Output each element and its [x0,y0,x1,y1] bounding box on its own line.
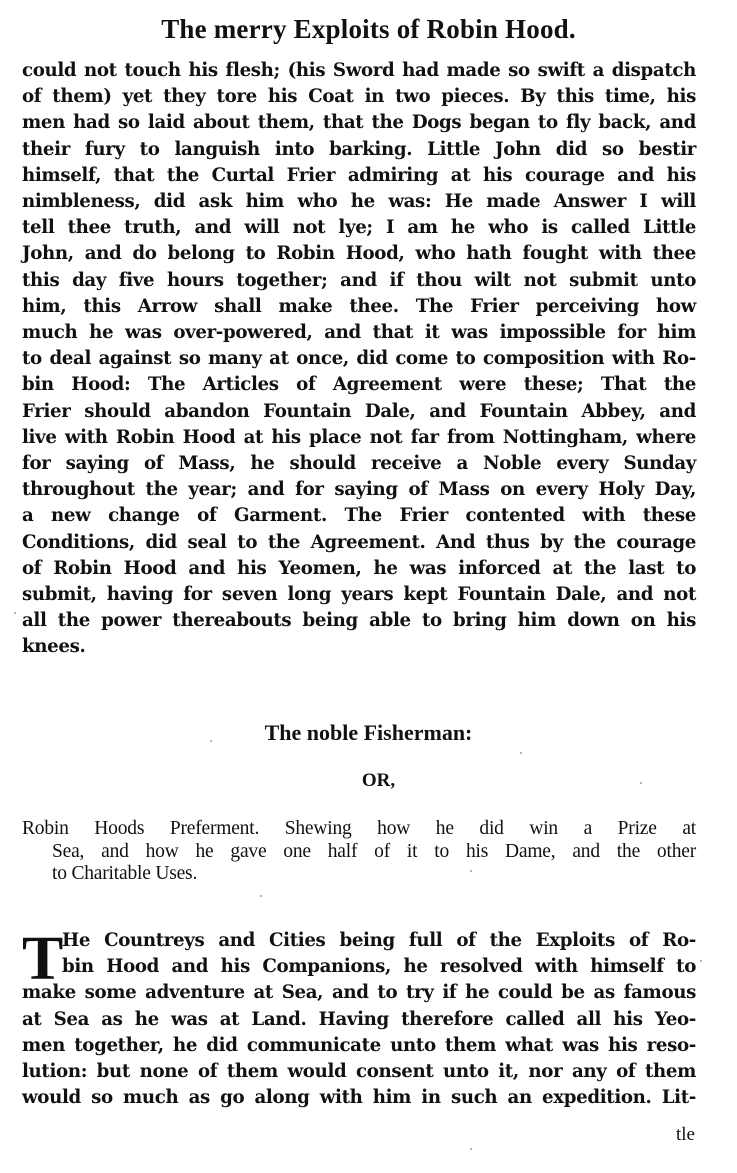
book-page: The merry Exploits of Robin Hood. could … [0,0,737,1173]
text-line: of them) yet they tore his Coat in two p… [22,84,696,110]
text-line: to deal against so many at once, did com… [22,346,696,372]
text-line: for saying of Mass, he should receive a … [22,451,696,477]
text-line: much he was over-powered, and that it wa… [22,320,696,346]
text-line: their fury to languish into barking. Lit… [22,137,696,163]
text-line: make some adventure at Sea, and to try i… [22,980,696,1006]
paragraph-continuation: could not touch his flesh; (his Sword ha… [22,58,696,661]
print-speck [520,752,522,754]
running-head: The merry Exploits of Robin Hood. [0,14,737,45]
text-line: this day five hours together; and if tho… [22,268,696,294]
text-line: at Sea as he was at Land. Having therefo… [22,1007,696,1033]
text-line: Conditions, did seal to the Agreement. A… [22,530,696,556]
print-speck [470,870,472,872]
text-line: throughout the year; and for saying of M… [22,477,696,503]
subtitle-line: Robin Hoods Preferment. Shewing how he d… [22,818,696,841]
text-line: nimbleness, did ask him who he was: He m… [22,189,696,215]
subtitle-line: to Charitable Uses. [22,863,696,886]
text-line: submit, having for seven long years kept… [22,582,696,608]
section-title: The noble Fisherman: [0,720,737,746]
text-line: John, and do belong to Robin Hood, who h… [22,241,696,267]
text-line: tell thee truth, and will not lye; I am … [22,215,696,241]
text-line: a new change of Garment. The Frier conte… [22,503,696,529]
text-line: He Countreys and Cities being full of th… [22,928,696,954]
text-line: Frier should abandon Fountain Dale, and … [22,399,696,425]
print-speck [210,740,212,742]
text-line: live with Robin Hood at his place not fa… [22,425,696,451]
print-speck [14,612,16,614]
text-line: knees. [22,634,696,660]
section-subtitle: Robin Hoods Preferment. Shewing how he d… [22,818,696,886]
print-speck [260,895,262,897]
text-line: could not touch his flesh; (his Sword ha… [22,58,696,84]
text-line: men had so laid about them, that the Dog… [22,110,696,136]
text-line: would so much as go along with him in su… [22,1085,696,1111]
text-line: of Robin Hood and his Yeomen, he was inf… [22,556,696,582]
text-line: bin Hood: The Articles of Agreement were… [22,372,696,398]
subtitle-line: Sea, and how he gave one half of it to h… [22,841,696,864]
print-speck [640,782,642,784]
text-line: men together, he did communicate unto th… [22,1033,696,1059]
text-line: himself, that the Curtal Frier admiring … [22,163,696,189]
section-or-connector: OR, [0,770,737,792]
text-line: all the power thereabouts being able to … [22,608,696,634]
text-line: lution: but none of them would consent u… [22,1059,696,1085]
chapter-opening-paragraph: He Countreys and Cities being full of th… [22,928,696,1111]
catchword: tle [676,1124,695,1146]
print-speck [700,960,702,962]
text-line: him, this Arrow shall make thee. The Fri… [22,294,696,320]
print-speck [470,1148,472,1150]
text-line: bin Hood and his Companions, he resolved… [22,954,696,980]
